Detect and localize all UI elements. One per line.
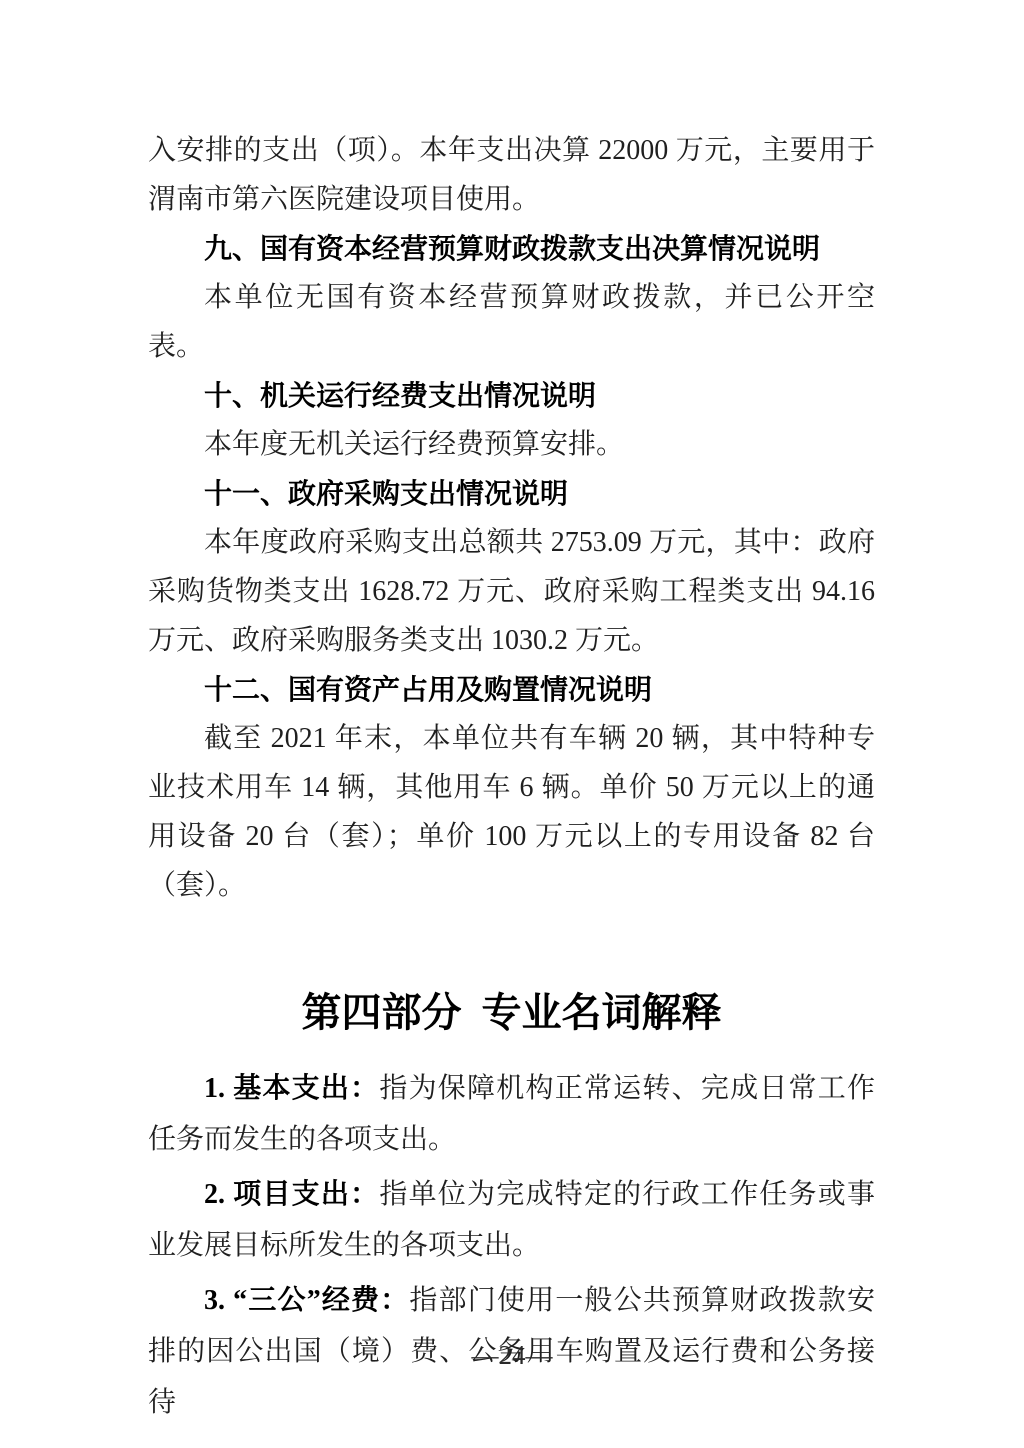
definitions-list: 1. 基本支出：指为保障机构正常运转、完成日常工作任务而发生的各项支出。 2. … (148, 1063, 875, 1428)
page-number: —24— (0, 1338, 1024, 1372)
section-body-12: 截至 2021 年末，本单位共有车辆 20 辆，其中特种专业技术用车 14 辆，… (148, 714, 875, 910)
section-body-10: 本年度无机关运行经费预算安排。 (148, 420, 875, 469)
section-body-9: 本单位无国有资本经营预算财政拨款，并已公开空表。 (148, 273, 875, 371)
section-body-11: 本年度政府采购支出总额共 2753.09 万元，其中：政府采购货物类支出 162… (148, 518, 875, 665)
definition-item-project-expenditure: 2. 项目支出：指单位为完成特定的行政工作任务或事业发展目标所发生的各项支出。 (148, 1169, 875, 1271)
section-heading-11: 十一、政府采购支出情况说明 (148, 469, 875, 518)
definition-term-basic-expenditure: 1. 基本支出： (204, 1073, 379, 1104)
part-title: 第四部分 专业名词解释 (148, 983, 875, 1043)
section-heading-12: 十二、国有资产占用及购置情况说明 (148, 665, 875, 714)
page-content: 入安排的支出（项）。本年支出决算 22000 万元，主要用于渭南市第六医院建设项… (148, 126, 875, 1428)
section-heading-10: 十、机关运行经费支出情况说明 (148, 371, 875, 420)
definition-term-project-expenditure: 2. 项目支出： (204, 1179, 379, 1210)
paragraph-intro-continuation: 入安排的支出（项）。本年支出决算 22000 万元，主要用于渭南市第六医院建设项… (148, 126, 875, 224)
definition-term-three-public-funds: 3. “三公”经费： (204, 1285, 409, 1316)
definition-item-basic-expenditure: 1. 基本支出：指为保障机构正常运转、完成日常工作任务而发生的各项支出。 (148, 1063, 875, 1165)
section-heading-9: 九、国有资本经营预算财政拨款支出决算情况说明 (148, 224, 875, 273)
document-page: 入安排的支出（项）。本年支出决算 22000 万元，主要用于渭南市第六医院建设项… (0, 0, 1024, 1448)
